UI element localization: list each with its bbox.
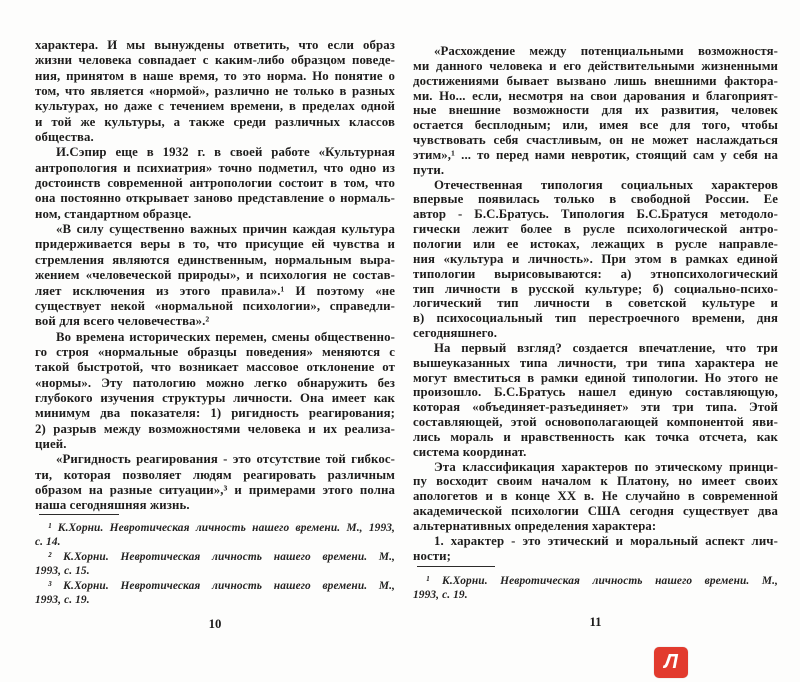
paragraph: Отечественная типология социальных харак… (413, 178, 778, 341)
text-line: придерживается веры в то, что присущие е… (35, 237, 395, 252)
text-line: го строя «нормальные образцы поведения» … (35, 345, 395, 360)
text-line: ном, стандартном образце. (35, 207, 395, 222)
text-line: этим»,¹ ... то перед нами невротик, стоя… (413, 148, 778, 163)
footnotes-right: ¹ К.Хорни. Невротическая личность нашего… (413, 574, 778, 603)
text-line: пу восходит своим началом к Платону, но … (413, 474, 778, 489)
text-line: ти, которая позволяет людям реагировать … (35, 468, 395, 483)
text-line: с. 14. (35, 535, 395, 549)
text-line: наша сегодняшняя жизнь. (35, 498, 395, 513)
text-line: альтернативных определения характера: (413, 519, 778, 534)
paragraph: ¹ К.Хорни. Невротическая личность нашего… (413, 574, 778, 603)
text-line: характера. И мы вынуждены ответить, что … (35, 38, 395, 53)
text-line: жением «человеческой природы», и психоло… (35, 268, 395, 283)
text-line: и той же культуры, а также среди различн… (35, 115, 395, 130)
text-line: тип личности в русской культуре; б) соци… (413, 282, 778, 297)
text-line: ности; (413, 549, 778, 564)
text-line: гически лежит более в русле психологичес… (413, 222, 778, 237)
text-line: «Ригидность реагирования - это отсутстви… (35, 452, 395, 467)
text-line: Отечественная типология социальных харак… (413, 178, 778, 193)
text-line: 1. характер - это этический и моральный … (413, 534, 778, 549)
text-line: академической психологии США сегодня сущ… (413, 504, 778, 519)
text-line: 1993, с. 19. (35, 593, 395, 607)
text-line: «нормы». Эту патологию можно легко обнар… (35, 376, 395, 391)
text-line: логический тип личности в советской куль… (413, 296, 778, 311)
text-line: культурах, но даже с течением времени, в… (35, 99, 395, 114)
text-line: И.Сэпир еще в 1932 г. в своей работе «Ку… (35, 145, 395, 160)
text-line: жизни человека совпадает с каким-либо об… (35, 53, 395, 68)
paragraph: ³ К.Хорни. Невротическая личность нашего… (35, 579, 395, 608)
text-line: Во времена исторических перемен, смены о… (35, 330, 395, 345)
paragraph: На первый взгляд? создается впечатление,… (413, 341, 778, 460)
text-line: апологетов и в конце XX в. Не случайно в… (413, 489, 778, 504)
paragraph: Во времена исторических перемен, смены о… (35, 330, 395, 453)
text-line: лись мораль и нравственность как точка о… (413, 430, 778, 445)
text-line: ³ К.Хорни. Невротическая личность нашего… (35, 579, 395, 593)
text-line: ² К.Хорни. Невротическая личность нашего… (35, 550, 395, 564)
text-line: 1993, с. 15. (35, 564, 395, 578)
text-line: глубокого изучения структуры личности. О… (35, 391, 395, 406)
paragraph: И.Сэпир еще в 1932 г. в своей работе «Ку… (35, 145, 395, 222)
text-line: достоинств современной антропологии сост… (35, 176, 395, 191)
paragraph: «Ригидность реагирования - это отсутстви… (35, 452, 395, 513)
paragraph: «Расхождение между потенциальными возмож… (413, 44, 778, 178)
book-scan: характера. И мы вынуждены ответить, что … (0, 0, 800, 682)
page-left-text: характера. И мы вынуждены ответить, что … (35, 38, 395, 514)
text-line: минимум два показателя: 1) ригидность ре… (35, 406, 395, 421)
text-line: образом на разные ситуации»,³ и примерам… (35, 483, 395, 498)
text-line: ные внешние возможности для их развития,… (413, 103, 778, 118)
paragraph: характера. И мы вынуждены ответить, что … (35, 38, 395, 145)
paragraph: 1. характер - это этический и моральный … (413, 534, 778, 564)
text-line: чувствовать себя счастливым, он не может… (413, 133, 778, 148)
text-line: впервые появилась только в свободной Рос… (413, 192, 778, 207)
text-line: составляющей, этой основополагающей комп… (413, 415, 778, 430)
text-line: вой для всего человечества».² (35, 314, 395, 329)
text-line: могут вместиться в рамки единой типологи… (413, 371, 778, 386)
text-line: Эта классификация характеров по этическо… (413, 460, 778, 475)
text-line: общества. (35, 130, 395, 145)
footnote-rule-right (417, 566, 495, 567)
text-line: 1993, с. 19. (413, 588, 778, 602)
text-line: антропология и психиатрия» точно подмети… (35, 161, 395, 176)
text-line: сегодняшнего. (413, 326, 778, 341)
text-line: ния, принятом в наше время, то это норма… (35, 69, 395, 84)
text-line: цией. (35, 437, 395, 452)
page-right-text: «Расхождение между потенциальными возмож… (413, 44, 778, 564)
text-line: система координат. (413, 445, 778, 460)
text-line: автор - Б.С.Братусь. Типология Б.С.Брату… (413, 207, 778, 222)
text-line: в) психосоциальный тип перестроечного вр… (413, 311, 778, 326)
paragraph: «В силу существенно важных причин каждая… (35, 222, 395, 329)
paragraph: ² К.Хорни. Невротическая личность нашего… (35, 550, 395, 579)
labirint-logo: Л (654, 647, 688, 678)
text-line: пути. (413, 163, 778, 178)
text-line: ¹ К.Хорни. Невротическая личность нашего… (413, 574, 778, 588)
text-line: «В силу существенно важных причин каждая… (35, 222, 395, 237)
footnote-rule-left (39, 514, 119, 515)
footnotes-left: ¹ К.Хорни. Невротическая личность нашего… (35, 521, 395, 607)
text-line: такой быстротой, что возникает массовое … (35, 360, 395, 375)
text-line: 2) разрыв между возможностями человека и… (35, 422, 395, 437)
text-line: произошло. Б.С.Братусь нашел единую сост… (413, 385, 778, 400)
text-line: ми. Но... если, несмотря на свои дарован… (413, 89, 778, 104)
text-line: На первый взгляд? создается впечатление,… (413, 341, 778, 356)
text-line: том, что является «нормой», различно не … (35, 84, 395, 99)
paragraph: Эта классификация характеров по этическо… (413, 460, 778, 534)
text-line: пологии или ее истоках, лежащих в русле … (413, 237, 778, 252)
page-number-left: 10 (35, 617, 395, 632)
text-line: достижениями бывает вызвано лишь внешним… (413, 74, 778, 89)
text-line: остается бесплодным; или, имея все для т… (413, 118, 778, 133)
paragraph: ¹ К.Хорни. Невротическая личность нашего… (35, 521, 395, 550)
page-number-right: 11 (413, 615, 778, 630)
text-line: стремления являются единственным, нормал… (35, 253, 395, 268)
labirint-logo-letter: Л (664, 652, 678, 672)
text-line: она постоянно открывает заново представл… (35, 191, 395, 206)
text-line: которая «объединяет-разъединяет» эти три… (413, 400, 778, 415)
text-line: ¹ К.Хорни. Невротическая личность нашего… (35, 521, 395, 535)
text-line: вышеуказанных типа личности, три типа ха… (413, 356, 778, 371)
text-line: ми данного человека и его действительным… (413, 59, 778, 74)
text-line: типологии вырисовываются: а) этнопсихоло… (413, 267, 778, 282)
text-line: ния «культура и личность». При этом в ра… (413, 252, 778, 267)
text-line: ляет исключения из этого правила».¹ И по… (35, 284, 395, 299)
text-line: «Расхождение между потенциальными возмож… (413, 44, 778, 59)
text-line: существует некой «нормальной психологии»… (35, 299, 395, 314)
